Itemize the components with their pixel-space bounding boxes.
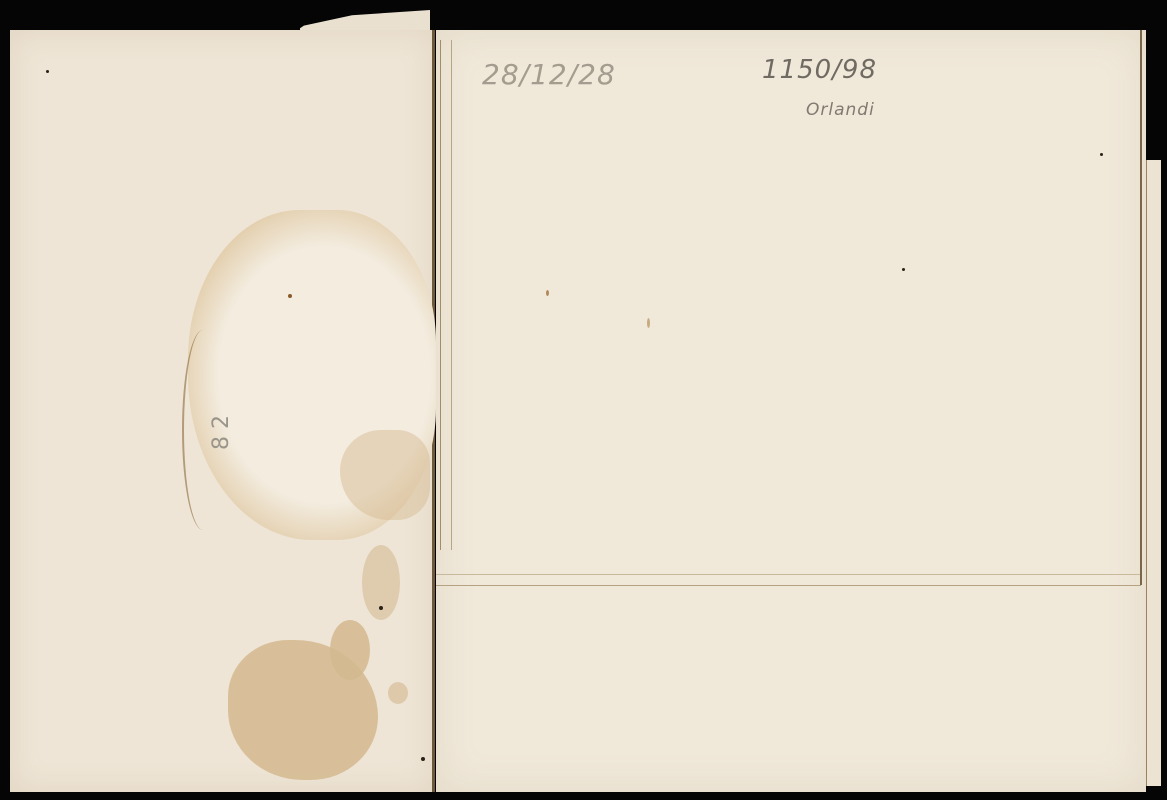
right-fold-panel: [436, 30, 1146, 792]
pencil-reference-number: 1150/98: [762, 55, 877, 85]
speck: [1100, 153, 1103, 156]
pencil-name: Orlandi: [806, 100, 875, 120]
speck: [421, 757, 425, 761]
speck: [647, 318, 650, 328]
speck: [902, 268, 905, 271]
seal-partial-marks: 8 2: [209, 415, 234, 450]
horizontal-fold-line: [436, 574, 1141, 586]
right-edge-flap: [1146, 160, 1161, 786]
speck: [546, 290, 549, 296]
pencil-date: 28/12/28: [482, 58, 616, 91]
right-fold-edge: [1140, 30, 1142, 585]
inner-fold-edges: [440, 40, 452, 550]
speck: [46, 70, 49, 73]
stain-small: [388, 682, 408, 704]
speck: [288, 294, 292, 298]
speck: [379, 606, 383, 610]
